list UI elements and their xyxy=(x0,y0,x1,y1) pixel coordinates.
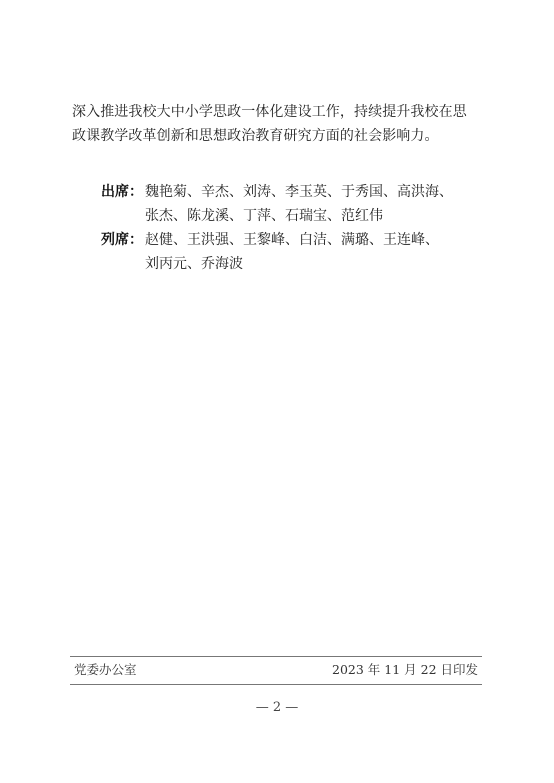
observers-row: 列席：赵健、王洪强、王黎峰、白洁、满璐、王连峰、 xyxy=(101,232,439,248)
present-names-line-2: 张杰、陈龙溪、丁萍、石瑞宝、范红伟 xyxy=(145,208,383,224)
issuer-text: 党委办公室 xyxy=(74,662,137,678)
observers-names-line-1: 赵健、王洪强、王黎峰、白洁、满璐、王连峰、 xyxy=(145,232,439,248)
observers-names-line-2: 刘丙元、乔海波 xyxy=(145,256,243,272)
present-names-line-1: 魏艳菊、辛杰、刘涛、李玉英、于秀国、高洪海、 xyxy=(145,184,453,200)
page-number: — 2 — xyxy=(0,700,554,716)
footer-top-rule xyxy=(70,656,482,657)
present-label: 出席： xyxy=(101,184,145,200)
paragraph-line-1: 深入推进我校大中小学思政一体化建设工作，持续提升我校在思 xyxy=(72,104,467,120)
document-page: 深入推进我校大中小学思政一体化建设工作，持续提升我校在思 政课教学改革创新和思想… xyxy=(0,0,554,783)
paragraph-line-2: 政课教学改革创新和思想政治教育研究方面的社会影响力。 xyxy=(72,128,439,144)
issue-date-text: 2023 年 11 月 22 日印发 xyxy=(332,662,478,678)
present-row: 出席：魏艳菊、辛杰、刘涛、李玉英、于秀国、高洪海、 xyxy=(101,184,453,200)
observers-label: 列席： xyxy=(101,232,145,248)
footer-bottom-rule xyxy=(70,684,482,685)
